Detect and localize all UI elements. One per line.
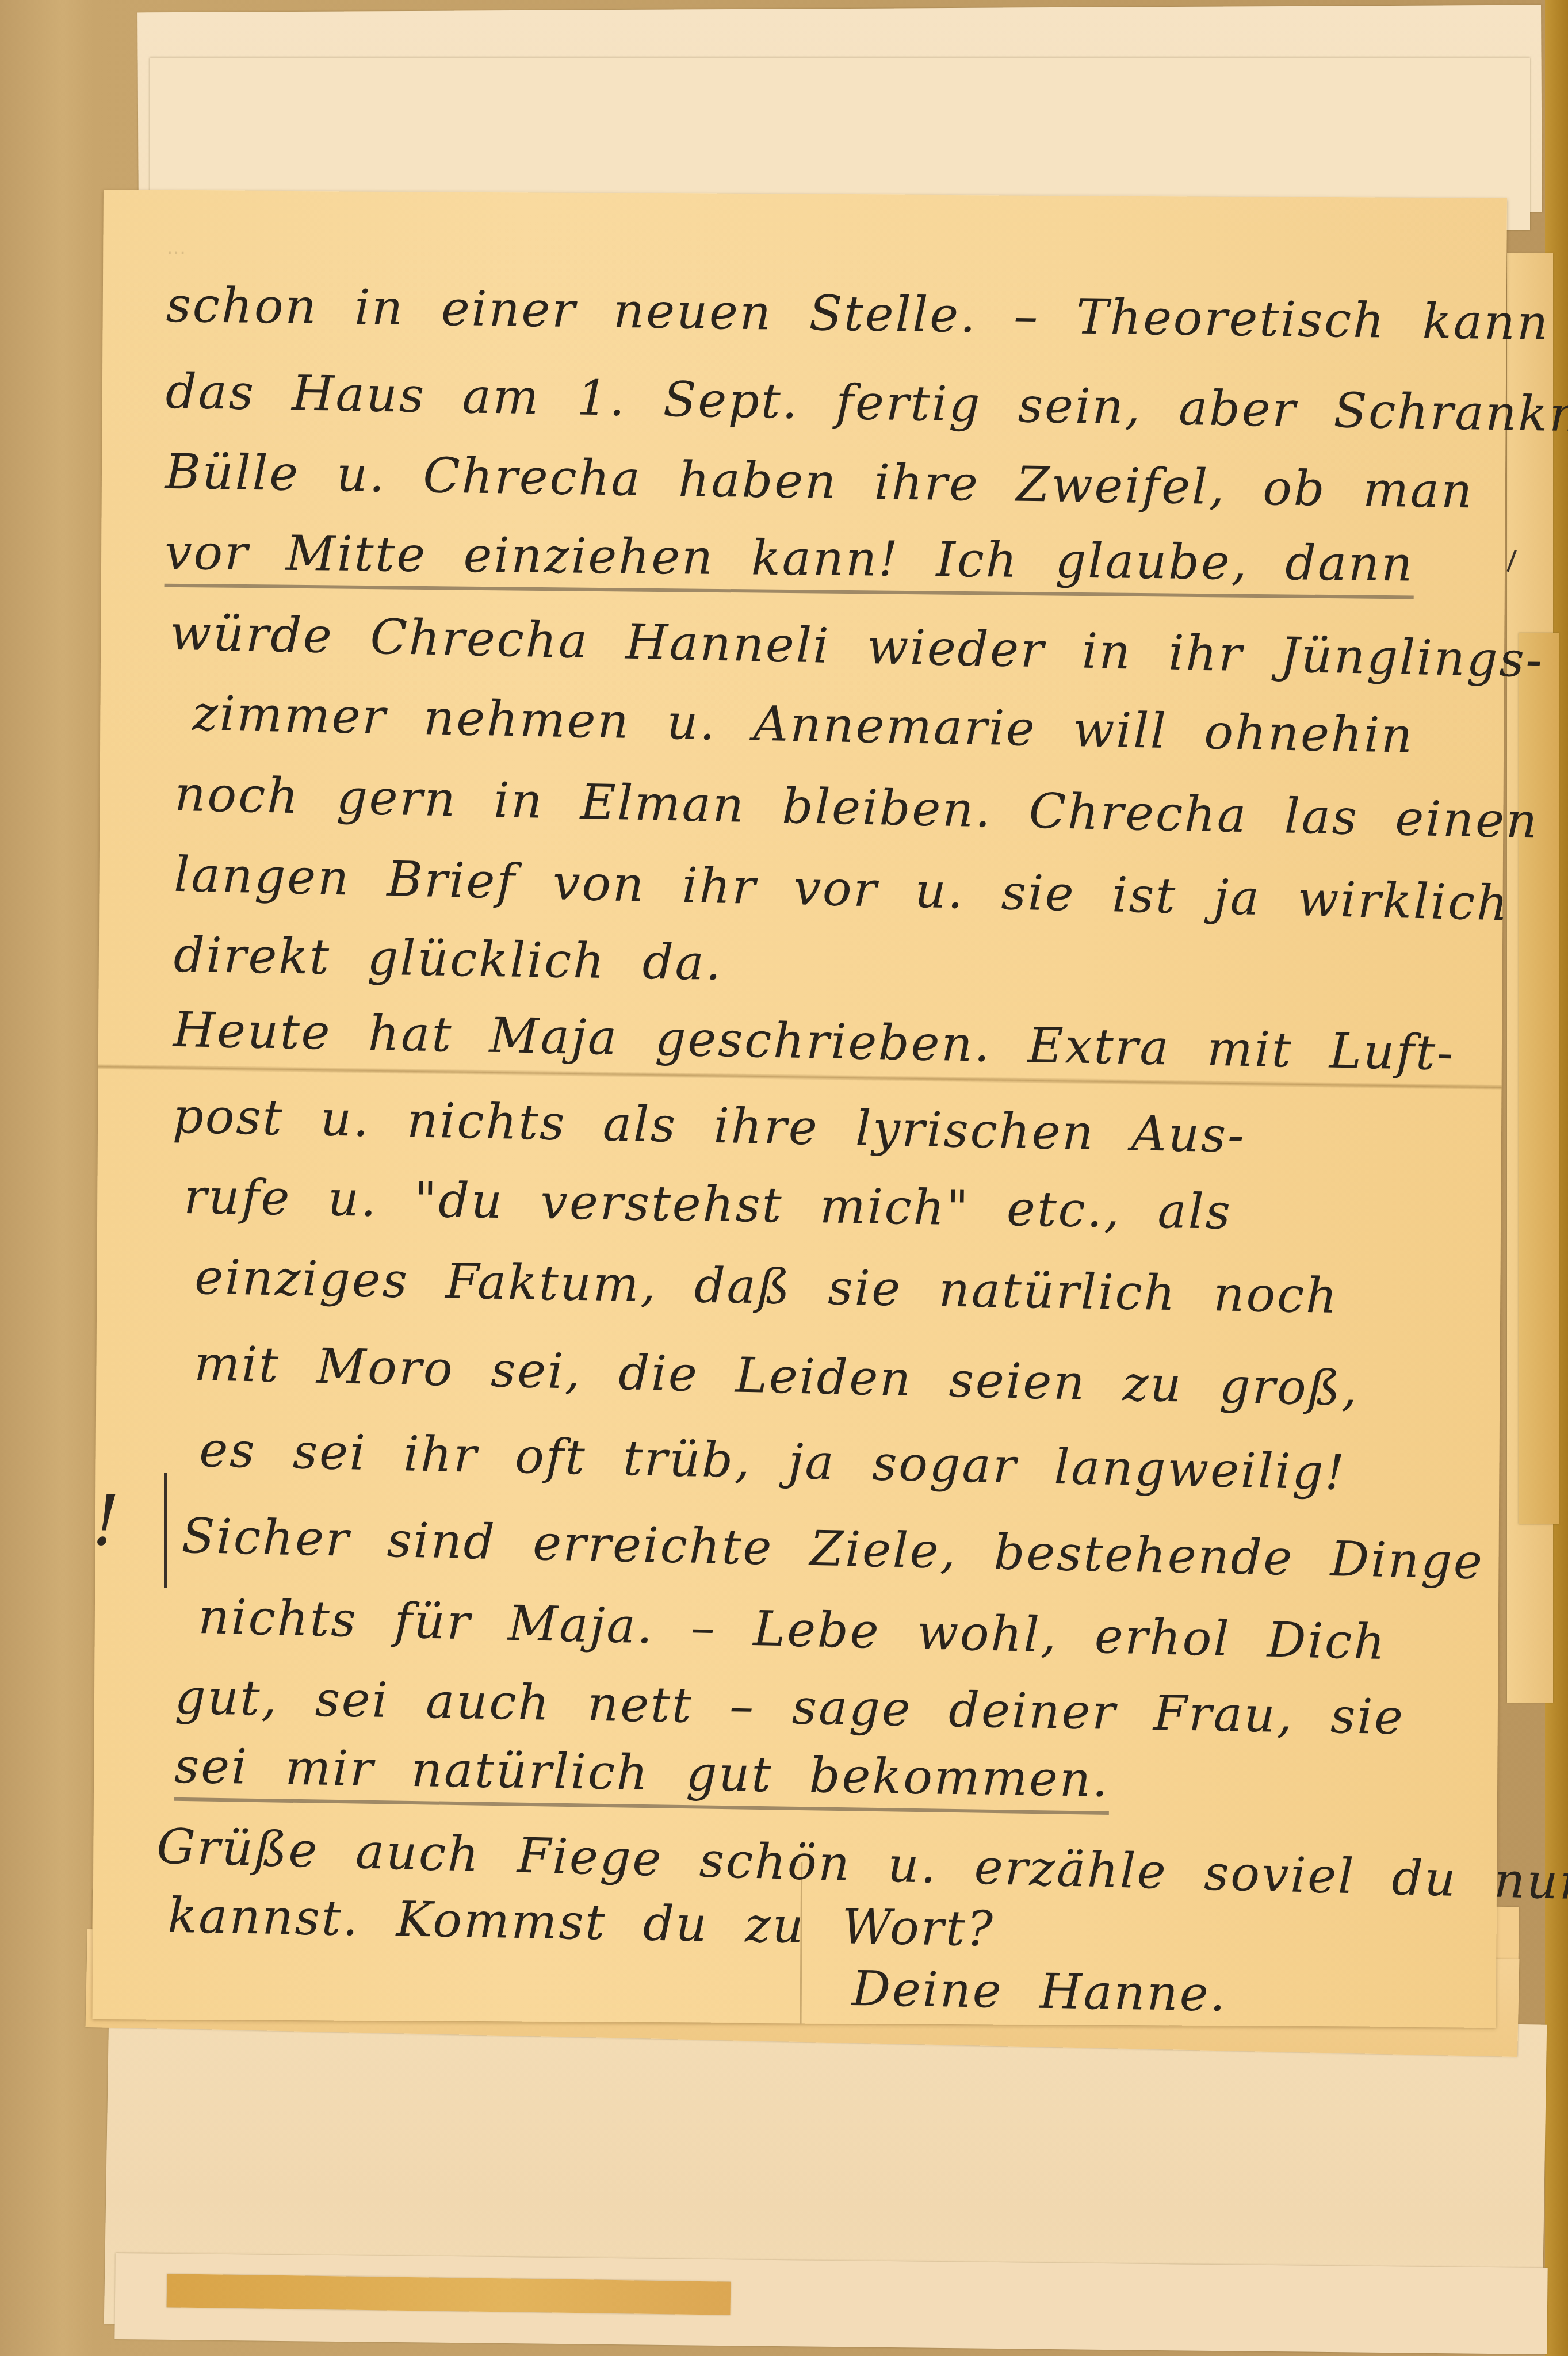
letter-line: gut, sei auch nett – sage deiner Frau, s…	[174, 1669, 1405, 1745]
letter-line: Sicher sind erreichte Ziele, bestehende …	[181, 1508, 1485, 1590]
letter-body: schon in einer neuen Stelle. – Theoretis…	[93, 190, 1507, 2028]
letter-line: langen Brief von ihr vor u. sie ist ja w…	[174, 846, 1510, 932]
letter-line: Bülle u. Chrecha haben ihre Zweifel, ob …	[165, 443, 1474, 519]
letter-line: einziges Faktum, daß sie natürlich noch	[194, 1249, 1340, 1324]
letter-line: vor Mitte einziehen kann! Ich glaube, da…	[165, 524, 1414, 592]
background-sheet-right-tab	[1519, 633, 1559, 1524]
letter-line: schon in einer neuen Stelle. – Theoretis…	[166, 277, 1550, 351]
signature: Deine Hanne.	[851, 1960, 1227, 2022]
letter-line: nichts für Maja. – Lebe wohl, erhol Dich	[198, 1588, 1387, 1670]
letter-line: würde Chrecha Hanneli wieder in ihr Jüng…	[169, 605, 1544, 689]
letter-line: noch gern in Elman bleiben. Chrecha las …	[174, 766, 1539, 850]
letter-page: … schon in einer neuen Stelle. – Theoret…	[93, 190, 1507, 2028]
letter-line: Heute hat Maja geschrieben. Extra mit Lu…	[173, 1001, 1455, 1081]
letter-line: direkt glücklich da.	[173, 927, 723, 991]
letter-line: zimmer nehmen u. Annemarie will ohnehin	[192, 685, 1415, 764]
margin-exclamation-mark: !	[92, 1481, 120, 1561]
letter-line: das Haus am 1. Sept. fertig sein, aber S…	[165, 363, 1568, 445]
letter-line: mit Moro sei, die Leiden seien zu groß,	[193, 1335, 1359, 1417]
letter-line: post u. nichts als ihre lyrischen Aus-	[172, 1088, 1246, 1164]
letter-line: kannst. Kommst du zu Wort?	[167, 1887, 995, 1957]
letter-line: sei mir natürlich gut bekommen.	[174, 1738, 1110, 1808]
letter-line: rufe u. "du verstehst mich" etc., als	[183, 1168, 1233, 1240]
margin-vertical-bar	[164, 1472, 167, 1588]
letter-line: es sei ihr oft trüb, ja sogar langweilig…	[199, 1421, 1347, 1501]
